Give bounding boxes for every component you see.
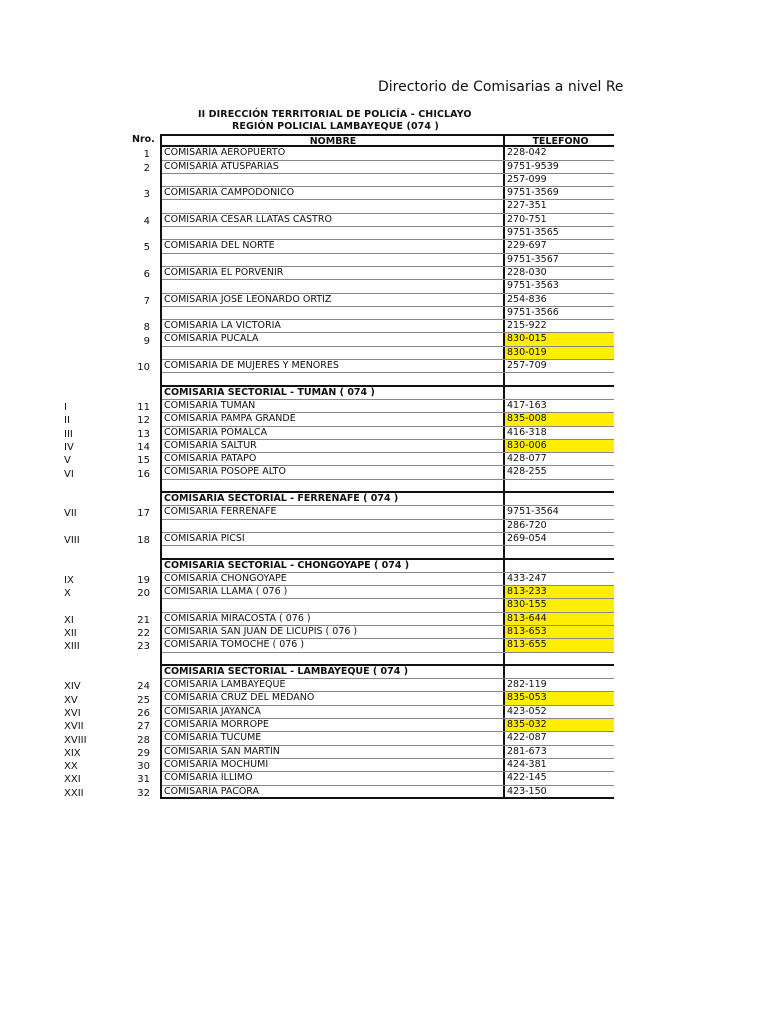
row-number: 28 <box>120 735 150 746</box>
phone-number: 9751-3564 <box>503 506 614 518</box>
row-number: 3 <box>120 189 150 200</box>
roman-numeral: VII <box>64 508 77 519</box>
table-row: COMISARÍA DE MUJERES Y MENORES257-709 <box>162 360 614 373</box>
row-number: 18 <box>120 535 150 546</box>
section-header-row: COMISARÍA SECTORIAL - CHONGOYAPE ( 074 ) <box>162 560 614 573</box>
roman-numeral: XIV <box>64 681 81 692</box>
station-name: COMISARÍA SAN MARTÍN <box>164 746 502 758</box>
table-row: COMISARÍA PUCALÁ830-015 <box>162 333 614 346</box>
table-row: COMISARÍA SALTUR830-006 <box>162 440 614 453</box>
table-row: COMISARÍA LLAMA ( 076 )813-233 <box>162 586 614 599</box>
table-row: COMISARÍA MOCHUMÍ424-381 <box>162 759 614 772</box>
row-number: 9 <box>120 336 150 347</box>
station-name: COMISARÍA LAMBAYEQUE <box>164 679 502 691</box>
roman-numeral: XVII <box>64 721 84 732</box>
row-number: 6 <box>120 269 150 280</box>
station-name <box>164 254 502 266</box>
station-name <box>164 546 502 557</box>
phone-number: 813-653 <box>503 626 614 638</box>
station-name: COMISARÍA CÉSAR LLATAS CASTRO <box>164 214 502 226</box>
phone-number: 257-099 <box>503 174 614 186</box>
roman-numeral: III <box>64 429 73 440</box>
table-row: COMISARÍA LA VICTORIA215-922 <box>162 320 614 333</box>
row-number: 30 <box>120 761 150 772</box>
station-name: COMISARÍA POMALCA <box>164 427 502 439</box>
table-row: COMISARÍA POMALCA416-318 <box>162 427 614 440</box>
row-number: 22 <box>120 628 150 639</box>
table-row: COMISARÍA TUMÁN417-163 <box>162 400 614 413</box>
phone-number: 9751-9539 <box>503 161 614 173</box>
phone-number: 835-032 <box>503 719 614 731</box>
station-name: COMISARÍA PACORA <box>164 786 502 797</box>
row-number: 10 <box>120 362 150 373</box>
table-row: COMISARÍA CRUZ DEL MÉDANO835-053 <box>162 692 614 705</box>
station-name: COMISARÍA EL PORVENIR <box>164 267 502 279</box>
table-row: 9751-3563 <box>162 280 614 293</box>
station-name <box>164 200 502 212</box>
roman-numeral: XV <box>64 695 78 706</box>
table-row: 830-155 <box>162 599 614 612</box>
roman-numeral: XXI <box>64 774 81 785</box>
station-name: COMISARÍA CRUZ DEL MÉDANO <box>164 692 502 704</box>
phone-number: 813-233 <box>503 586 614 598</box>
station-name <box>164 373 502 384</box>
row-number: 32 <box>120 788 150 799</box>
row-number: 8 <box>120 322 150 333</box>
roman-numeral: X <box>64 588 71 599</box>
phone-number: 835-008 <box>503 413 614 425</box>
station-name <box>164 480 502 491</box>
phone-number: 830-015 <box>503 333 614 345</box>
roman-numeral: VIII <box>64 535 80 546</box>
roman-numeral: IX <box>64 575 74 586</box>
table-row: COMISARÍA FERREÑAFE9751-3564 <box>162 506 614 519</box>
station-name <box>164 307 502 319</box>
station-name: COMISARÍA TUMÁN <box>164 400 502 412</box>
roman-numeral: II <box>64 415 70 426</box>
phone-number <box>503 653 614 664</box>
roman-numeral: XVIII <box>64 735 87 746</box>
phone-number <box>503 373 614 384</box>
row-number: 15 <box>120 455 150 466</box>
phone-number: 269-054 <box>503 533 614 545</box>
row-number: 26 <box>120 708 150 719</box>
roman-numeral: XXII <box>64 788 84 799</box>
row-number: 4 <box>120 216 150 227</box>
station-name <box>164 174 502 186</box>
header-nro: Nro. <box>132 134 155 145</box>
station-name <box>164 227 502 239</box>
row-number: 1 <box>120 149 150 160</box>
phone-number: 830-155 <box>503 599 614 611</box>
station-name: COMISARÍA LLAMA ( 076 ) <box>164 586 502 598</box>
row-number: 17 <box>120 508 150 519</box>
table-row <box>162 546 614 559</box>
phone-number: 422-145 <box>503 772 614 784</box>
table-row: COMISARÍA CÉSAR LLATAS CASTRO270-751 <box>162 214 614 227</box>
section-header-row: COMISARÍA SECTORIAL - TUMÁN ( 074 ) <box>162 387 614 400</box>
table-row: 9751-3566 <box>162 307 614 320</box>
section-title: COMISARÍA SECTORIAL - FERREÑAFE ( 074 ) <box>164 493 502 505</box>
station-name: COMISARÍA MIRACOSTA ( 076 ) <box>164 613 502 625</box>
row-number: 11 <box>120 402 150 413</box>
row-number: 31 <box>120 774 150 785</box>
phone-number: 9751-3567 <box>503 254 614 266</box>
station-name: COMISARÍA JAYANCA <box>164 706 502 718</box>
phone-number <box>503 493 614 505</box>
row-number: 23 <box>120 641 150 652</box>
phone-number: 9751-3566 <box>503 307 614 319</box>
station-name: COMISARÍA ATUSPARIAS <box>164 161 502 173</box>
phone-number: 270-751 <box>503 214 614 226</box>
document-title: Directorio de Comisarias a nivel Re <box>378 79 624 95</box>
phone-number: 830-019 <box>503 347 614 359</box>
table-row: COMISARÍA MÓRROPE835-032 <box>162 719 614 732</box>
station-name: COMISARÍA JOSÉ LEONARDO ORTÍZ <box>164 294 502 306</box>
table-row: COMISARÍA JOSÉ LEONARDO ORTÍZ254-836 <box>162 294 614 307</box>
row-number: 7 <box>120 296 150 307</box>
phone-number: 9751-3563 <box>503 280 614 292</box>
phone-number: 286-720 <box>503 520 614 532</box>
station-name: COMISARÍA TÚCUME <box>164 732 502 744</box>
table-row: COMISARÍA PICSI269-054 <box>162 533 614 546</box>
row-number: 13 <box>120 429 150 440</box>
phone-number: 282-119 <box>503 679 614 691</box>
header-nombre: NOMBRE <box>164 136 502 145</box>
table-header-row: NOMBRE TELEFONO <box>162 134 614 147</box>
phone-number: 835-053 <box>503 692 614 704</box>
station-name: COMISARÍA DEL NORTE <box>164 240 502 252</box>
row-number: 25 <box>120 695 150 706</box>
phone-number: 422-087 <box>503 732 614 744</box>
table-row: COMISARÍA SAN MARTÍN281-673 <box>162 746 614 759</box>
phone-number: 215-922 <box>503 320 614 332</box>
phone-number <box>503 387 614 399</box>
row-number: 21 <box>120 615 150 626</box>
table-row <box>162 653 614 666</box>
row-number: 12 <box>120 415 150 426</box>
table-row: COMISARÍA AEROPUERTO228-042 <box>162 147 614 160</box>
table-row: COMISARÍA LAMBAYEQUE282-119 <box>162 679 614 692</box>
phone-number <box>503 666 614 678</box>
table-row: COMISARÍA ATUSPARIAS9751-9539 <box>162 161 614 174</box>
station-name <box>164 347 502 359</box>
table-row: COMISARÍA JAYANCA423-052 <box>162 706 614 719</box>
table-row <box>162 480 614 493</box>
section-title: COMISARÍA SECTORIAL - LAMBAYEQUE ( 074 ) <box>164 666 502 678</box>
phone-number <box>503 560 614 572</box>
phone-number: 257-709 <box>503 360 614 372</box>
roman-numeral: XII <box>64 628 77 639</box>
table-row: 227-351 <box>162 200 614 213</box>
table-row: COMISARÍA CHONGOYAPE433-247 <box>162 573 614 586</box>
roman-numeral: XX <box>64 761 78 772</box>
row-number: 27 <box>120 721 150 732</box>
row-number: 14 <box>120 442 150 453</box>
station-name: COMISARÍA PÓSOPE ALTO <box>164 466 502 478</box>
phone-number: 417-163 <box>503 400 614 412</box>
station-name: COMISARÍA SALTUR <box>164 440 502 452</box>
directory-table: NOMBRE TELEFONO COMISARÍA AEROPUERTO228-… <box>160 134 614 799</box>
subtitle-region: REGIÓN POLICIAL LAMBAYEQUE (074 ) <box>232 121 439 132</box>
table-row: COMISARÍA TOMOCHE ( 076 )813-655 <box>162 639 614 652</box>
header-telefono: TELEFONO <box>503 136 614 145</box>
roman-numeral: IV <box>64 442 74 453</box>
roman-numeral: I <box>64 402 67 413</box>
table-row: COMISARÍA MIRACOSTA ( 076 )813-644 <box>162 613 614 626</box>
table-row: 286-720 <box>162 520 614 533</box>
section-header-row: COMISARÍA SECTORIAL - LAMBAYEQUE ( 074 ) <box>162 666 614 679</box>
station-name: COMISARÍA MÓRROPE <box>164 719 502 731</box>
phone-number: 813-655 <box>503 639 614 651</box>
phone-number: 813-644 <box>503 613 614 625</box>
section-title: COMISARÍA SECTORIAL - TUMÁN ( 074 ) <box>164 387 502 399</box>
phone-number: 433-247 <box>503 573 614 585</box>
table-row: COMISARÍA CAMPODÓNICO9751-3569 <box>162 187 614 200</box>
table-row: COMISARÍA EL PORVENIR228-030 <box>162 267 614 280</box>
row-number: 16 <box>120 469 150 480</box>
phone-number: 830-006 <box>503 440 614 452</box>
roman-numeral: XIII <box>64 641 80 652</box>
table-row <box>162 373 614 386</box>
row-number: 24 <box>120 681 150 692</box>
station-name <box>164 280 502 292</box>
phone-number: 228-030 <box>503 267 614 279</box>
roman-numeral: XI <box>64 615 74 626</box>
phone-number: 254-836 <box>503 294 614 306</box>
station-name: COMISARÍA DE MUJERES Y MENORES <box>164 360 502 372</box>
subtitle-direction: II DIRECCIÓN TERRITORIAL DE POLICÍA - CH… <box>198 109 472 120</box>
row-number: 19 <box>120 575 150 586</box>
phone-number: 424-381 <box>503 759 614 771</box>
row-number: 20 <box>120 588 150 599</box>
station-name: COMISARÍA CAMPODÓNICO <box>164 187 502 199</box>
station-name: COMISARÍA AEROPUERTO <box>164 147 502 159</box>
station-name: COMISARÍA TOMOCHE ( 076 ) <box>164 639 502 651</box>
section-title: COMISARÍA SECTORIAL - CHONGOYAPE ( 074 ) <box>164 560 502 572</box>
station-name: COMISARÍA SAN JUAN DE LICUPIS ( 076 ) <box>164 626 502 638</box>
roman-numeral: V <box>64 455 71 466</box>
phone-number: 281-673 <box>503 746 614 758</box>
station-name <box>164 599 502 611</box>
phone-number: 229-697 <box>503 240 614 252</box>
station-name: COMISARÍA LA VICTORIA <box>164 320 502 332</box>
table-row: 9751-3565 <box>162 227 614 240</box>
phone-number: 228-042 <box>503 147 614 159</box>
row-number: 2 <box>120 163 150 174</box>
table-row: COMISARÍA TÚCUME422-087 <box>162 732 614 745</box>
phone-number: 423-052 <box>503 706 614 718</box>
row-number: 29 <box>120 748 150 759</box>
station-name <box>164 520 502 532</box>
station-name: COMISARÍA PICSI <box>164 533 502 545</box>
table-row: COMISARÍA SAN JUAN DE LICUPIS ( 076 )813… <box>162 626 614 639</box>
table-row: COMISARÍA DEL NORTE229-697 <box>162 240 614 253</box>
table-row: 257-099 <box>162 174 614 187</box>
phone-number: 9751-3569 <box>503 187 614 199</box>
roman-numeral: XIX <box>64 748 81 759</box>
table-row: COMISARÍA PACORA423-150 <box>162 786 614 799</box>
station-name: COMISARÍA CHONGOYAPE <box>164 573 502 585</box>
station-name <box>164 653 502 664</box>
table-row: 830-019 <box>162 347 614 360</box>
phone-number: 416-318 <box>503 427 614 439</box>
phone-number: 227-351 <box>503 200 614 212</box>
table-row: COMISARÍA PÁTAPO428-077 <box>162 453 614 466</box>
table-row: COMISARÍA ÍLLIMO422-145 <box>162 772 614 785</box>
roman-numeral: VI <box>64 469 74 480</box>
table-row: COMISARÍA PÓSOPE ALTO428-255 <box>162 466 614 479</box>
row-number: 5 <box>120 242 150 253</box>
table-row: 9751-3567 <box>162 254 614 267</box>
roman-numeral: XVI <box>64 708 81 719</box>
station-name: COMISARÍA ÍLLIMO <box>164 772 502 784</box>
section-header-row: COMISARÍA SECTORIAL - FERREÑAFE ( 074 ) <box>162 493 614 506</box>
phone-number: 428-255 <box>503 466 614 478</box>
phone-number <box>503 546 614 557</box>
station-name: COMISARÍA PUCALÁ <box>164 333 502 345</box>
station-name: COMISARÍA FERREÑAFE <box>164 506 502 518</box>
station-name: COMISARÍA PÁTAPO <box>164 453 502 465</box>
phone-number: 9751-3565 <box>503 227 614 239</box>
station-name: COMISARÍA MOCHUMÍ <box>164 759 502 771</box>
table-row: COMISARÍA PAMPA GRANDE835-008 <box>162 413 614 426</box>
phone-number <box>503 480 614 491</box>
station-name: COMISARÍA PAMPA GRANDE <box>164 413 502 425</box>
phone-number: 423-150 <box>503 786 614 797</box>
phone-number: 428-077 <box>503 453 614 465</box>
